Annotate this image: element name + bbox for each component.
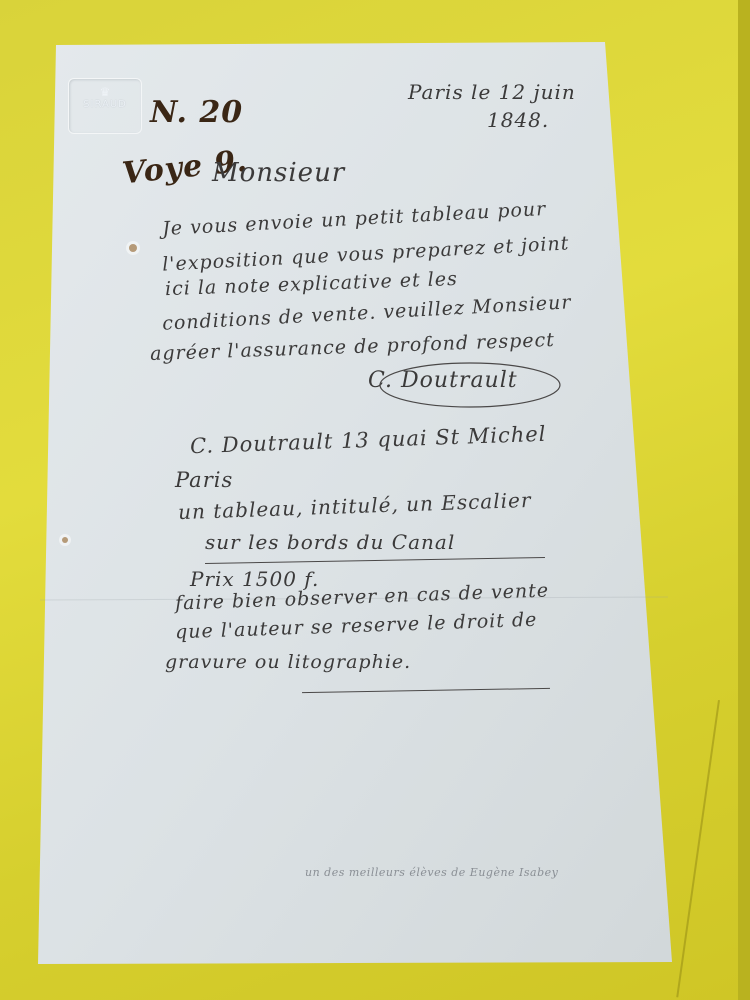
crown-emblem-icon: ♛ [69, 85, 141, 99]
embossed-stamp: ♛ SIRAUD [68, 78, 142, 134]
pin-hole [62, 537, 68, 543]
dateline: Paris le 12 juin [408, 80, 576, 104]
pin-hole [129, 244, 137, 252]
note-line: sur les bords du Canal [205, 530, 455, 554]
note-city: Paris [175, 468, 233, 492]
archive-number: N. 20 [150, 95, 243, 130]
condition-line: gravure ou litographie. [165, 651, 411, 673]
stamp-text: SIRAUD [69, 99, 141, 110]
letter-sheet: ♛ SIRAUD N. 20 Voye 9. Paris le 12 juin … [0, 0, 750, 1000]
signature: C. Doutrault [368, 368, 518, 393]
date-year: 1848. [487, 108, 549, 132]
salutation: Monsieur [212, 158, 345, 188]
pencil-annotation: un des meilleurs élèves de Eugène Isabey [305, 866, 558, 879]
